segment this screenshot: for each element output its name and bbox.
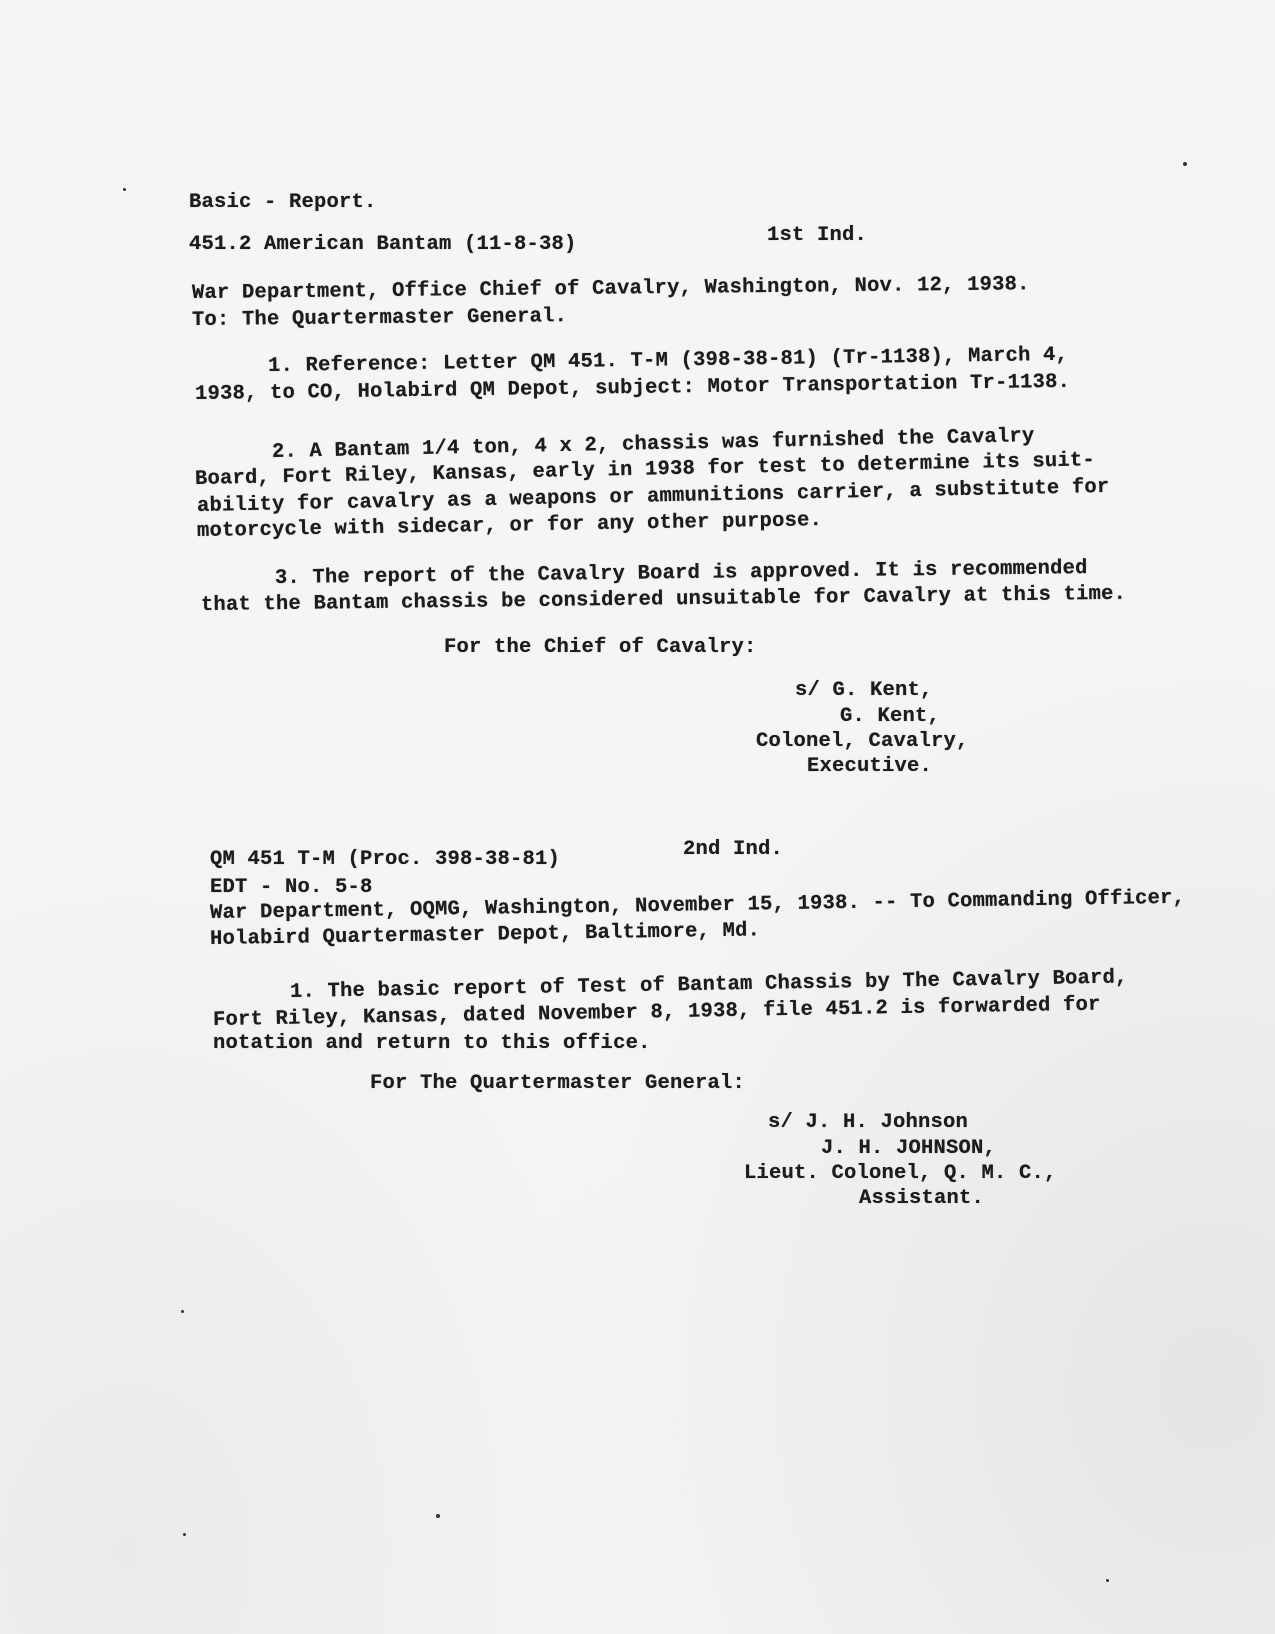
- file-reference: 451.2 American Bantam (11-8-38): [189, 233, 577, 256]
- second-indorsement-label: 2nd Ind.: [683, 838, 783, 861]
- edt-number: EDT - No. 5-8: [210, 876, 373, 899]
- scan-speck: [1183, 162, 1187, 166]
- second-signature-intro: For The Quartermaster General:: [370, 1072, 745, 1095]
- signature-line-3: Colonel, Cavalry,: [756, 730, 969, 753]
- addressee-line: To: The Quartermaster General.: [192, 305, 567, 332]
- scan-speck: [183, 1533, 186, 1536]
- second-file-reference: QM 451 T-M (Proc. 398-38-81): [210, 848, 560, 871]
- second-signature-line-1: s/ J. H. Johnson: [768, 1111, 968, 1134]
- scan-speck: [1106, 1579, 1109, 1582]
- scan-speck: [181, 1310, 184, 1313]
- second-signature-line-4: Assistant.: [859, 1187, 984, 1210]
- signature-line-2: G. Kent,: [840, 705, 940, 728]
- heading: Basic - Report.: [189, 191, 377, 214]
- second-paragraph-1-line-3: notation and return to this office.: [213, 1032, 651, 1055]
- indorsement-label: 1st Ind.: [767, 224, 867, 247]
- origin-line: War Department, Office Chief of Cavalry,…: [192, 273, 1030, 305]
- document-page: Basic - Report. 451.2 American Bantam (1…: [0, 0, 1275, 1634]
- second-origin-line-2: Holabird Quartermaster Depot, Baltimore,…: [210, 919, 760, 951]
- scan-speck: [436, 1514, 440, 1518]
- signature-line-1: s/ G. Kent,: [795, 679, 933, 702]
- scan-speck: [123, 188, 126, 191]
- signature-line-4: Executive.: [807, 755, 932, 778]
- second-signature-line-3: Lieut. Colonel, Q. M. C.,: [744, 1162, 1057, 1185]
- second-signature-line-2: J. H. JOHNSON,: [821, 1137, 996, 1160]
- signature-intro: For the Chief of Cavalry:: [444, 636, 757, 659]
